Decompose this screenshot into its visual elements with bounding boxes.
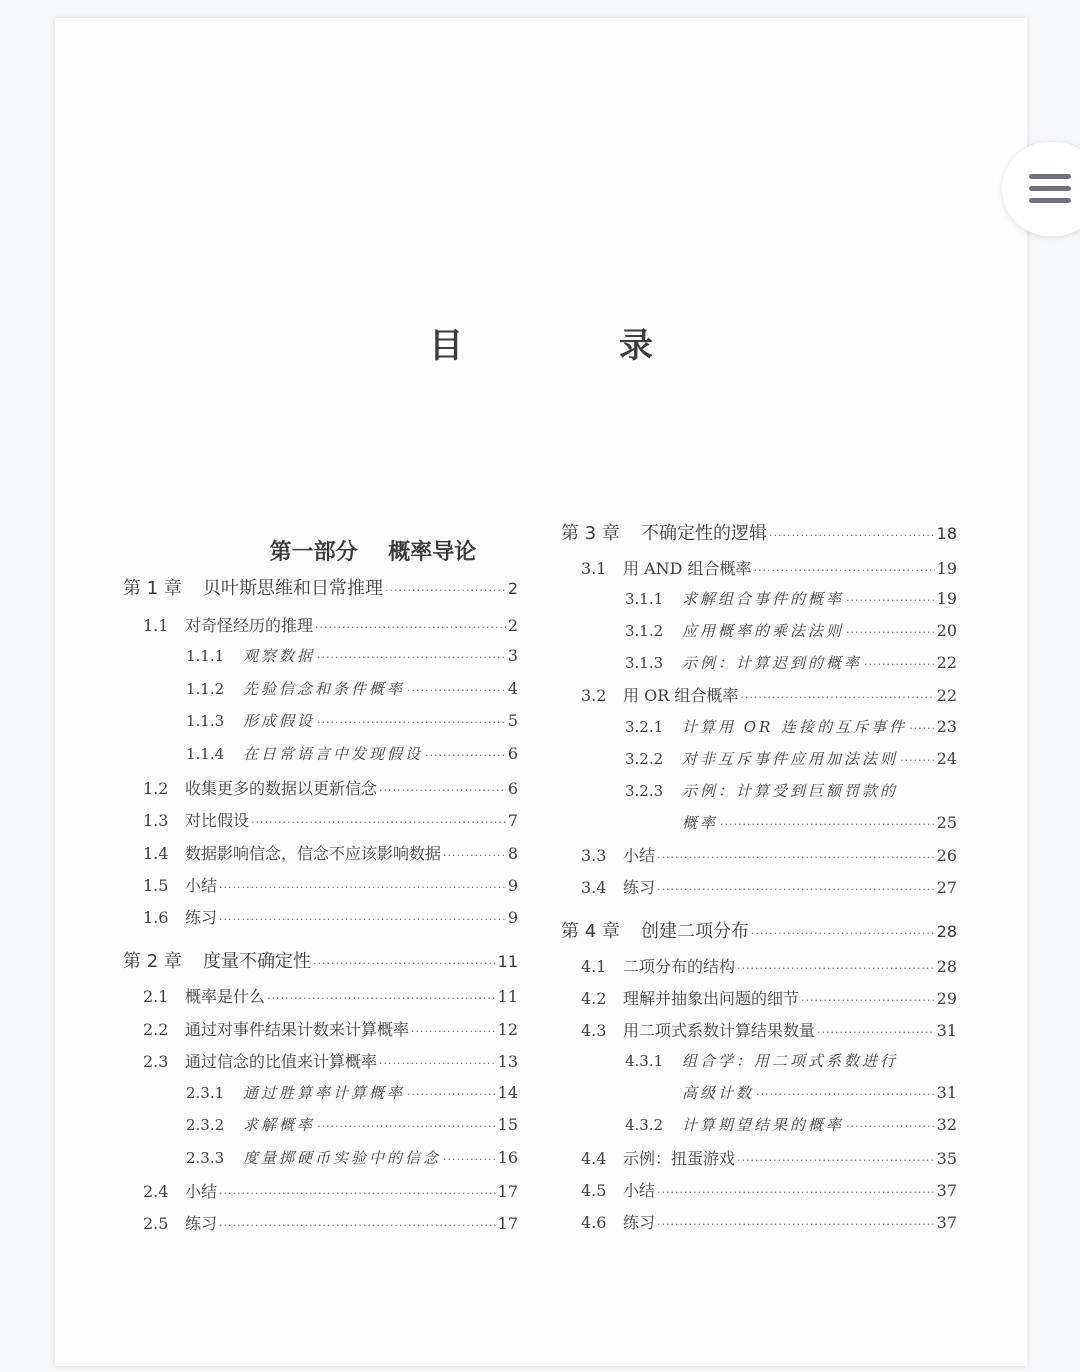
leader-dots bbox=[313, 957, 496, 970]
toc-entry[interactable]: 2.3.3度量掷硬币实验中的信念16 bbox=[186, 1147, 518, 1168]
leader-dots bbox=[737, 962, 935, 975]
toc-entry[interactable]: 1.1.3形成假设5 bbox=[186, 710, 518, 731]
leader-dots bbox=[657, 1218, 935, 1231]
leader-dots bbox=[379, 1057, 496, 1070]
toc-entry-page: 14 bbox=[498, 1083, 518, 1102]
toc-entry-number: 第 1 章 bbox=[123, 574, 203, 600]
toc-entry-title: 二项分布的结构 bbox=[623, 954, 735, 977]
leader-dots bbox=[379, 784, 506, 797]
leader-dots bbox=[317, 1120, 496, 1133]
toc-entry-number: 4.6 bbox=[581, 1213, 623, 1232]
toc-entry-page: 7 bbox=[508, 811, 518, 830]
leader-dots bbox=[657, 883, 935, 896]
toc-entry-number: 3.3 bbox=[581, 846, 623, 865]
toc-entry-number: 2.4 bbox=[143, 1182, 185, 1201]
toc-entry-title: 高级计数 bbox=[682, 1082, 754, 1103]
toc-entry-page: 32 bbox=[937, 1115, 957, 1134]
toc-entry-number: 2.2 bbox=[143, 1020, 185, 1039]
leader-dots bbox=[317, 716, 506, 729]
toc-entry-number: 1.5 bbox=[143, 876, 185, 895]
toc-entry-page: 28 bbox=[937, 922, 957, 941]
toc-entry-page: 31 bbox=[937, 1021, 957, 1040]
toc-entry-page: 37 bbox=[937, 1181, 957, 1200]
toc-entry-title: 形成假设 bbox=[243, 710, 315, 731]
toc-entry-title: 示例：计算受到巨额罚款的 bbox=[682, 780, 898, 801]
toc-entry-title: 观察数据 bbox=[243, 645, 315, 666]
toc-entry-number: 2.3.2 bbox=[186, 1116, 243, 1134]
toc-entry[interactable]: 4.3.1组合学：用二项式系数进行 bbox=[625, 1050, 957, 1071]
toc-entry[interactable]: 第 1 章贝叶斯思维和日常推理2 bbox=[123, 574, 518, 600]
leader-dots bbox=[720, 818, 935, 831]
toc-entry-number: 1.1.3 bbox=[186, 712, 243, 730]
toc-entry[interactable]: 4.6练习37 bbox=[581, 1210, 957, 1233]
toc-entry-title: 练习 bbox=[623, 1210, 655, 1233]
toc-entry[interactable]: 1.1对奇怪经历的推理2 bbox=[143, 613, 518, 636]
leader-dots bbox=[315, 621, 506, 634]
toc-entry-page: 22 bbox=[937, 653, 957, 672]
toc-entry-title: 收集更多的数据以更新信念 bbox=[185, 776, 377, 799]
toc-entry-number: 3.1 bbox=[581, 559, 623, 578]
toc-entry-number: 2.3 bbox=[143, 1052, 185, 1071]
toc-entry-number: 1.3 bbox=[143, 811, 185, 830]
toc-entry[interactable]: 3.2.1计算用 OR 连接的互斥事件23 bbox=[625, 716, 957, 737]
toc-entry-title: 概率 bbox=[682, 812, 718, 833]
toc-entry-number: 1.1.2 bbox=[186, 680, 243, 698]
toc-entry-title: 通过胜算率计算概率 bbox=[243, 1082, 405, 1103]
leader-dots bbox=[219, 913, 506, 926]
toc-entry[interactable]: 4.3用二项式系数计算结果数量31 bbox=[581, 1018, 957, 1041]
toc-entry-title: 度量不确定性 bbox=[203, 947, 311, 973]
toc-entry[interactable]: 4.3.2计算期望结果的概率32 bbox=[625, 1114, 957, 1135]
leader-dots bbox=[411, 1025, 496, 1038]
leader-dots bbox=[846, 1120, 935, 1133]
toc-entry-number: 4.1 bbox=[581, 957, 623, 976]
leader-dots bbox=[657, 1186, 935, 1199]
toc-entry-title: 小结 bbox=[185, 1179, 217, 1202]
toc-entry-title: 用二项式系数计算结果数量 bbox=[623, 1018, 815, 1041]
toc-entry-page: 15 bbox=[498, 1115, 518, 1134]
toc-entry-title: 小结 bbox=[185, 873, 217, 896]
toc-entry[interactable]: 1.1.1观察数据3 bbox=[186, 645, 518, 666]
part-title: 第一部分 概率导论 bbox=[208, 535, 538, 566]
toc-entry-title: 度量掷硬币实验中的信念 bbox=[243, 1147, 441, 1168]
leader-dots bbox=[219, 1187, 496, 1200]
leader-dots bbox=[846, 594, 935, 607]
toc-entry-title: 示例：扭蛋游戏 bbox=[623, 1146, 735, 1169]
leader-dots bbox=[740, 691, 934, 704]
toc-entry[interactable]: 2.4小结17 bbox=[143, 1179, 518, 1202]
toc-entry-number: 第 3 章 bbox=[561, 519, 641, 545]
toc-entry-title: 对非互斥事件应用加法法则 bbox=[682, 748, 898, 769]
leader-dots bbox=[801, 994, 935, 1007]
toc-entry-number: 3.1.2 bbox=[625, 622, 682, 640]
toc-entry[interactable]: 2.3.1通过胜算率计算概率14 bbox=[186, 1082, 518, 1103]
toc-entry-title: 计算期望结果的概率 bbox=[682, 1114, 844, 1135]
toc-entry[interactable]: 3.2用 OR 组合概率22 bbox=[581, 683, 957, 706]
toc-entry-number: 第 4 章 bbox=[561, 917, 641, 943]
toc-entry-page: 18 bbox=[937, 524, 957, 543]
toc-entry-number: 1.2 bbox=[143, 779, 185, 798]
leader-dots bbox=[864, 658, 935, 671]
toc-entry-page: 24 bbox=[937, 749, 957, 768]
leader-dots bbox=[754, 564, 935, 577]
toc-entry-page: 28 bbox=[937, 957, 957, 976]
leader-dots bbox=[756, 1088, 935, 1101]
leader-dots bbox=[251, 816, 506, 829]
leader-dots bbox=[407, 1088, 496, 1101]
toc-entry[interactable]: 3.1.2应用概率的乘法法则20 bbox=[625, 620, 957, 641]
toc-entry[interactable]: 3.1.1求解组合事件的概率19 bbox=[625, 588, 957, 609]
leader-dots bbox=[219, 1219, 496, 1232]
leader-dots bbox=[751, 927, 935, 940]
toc-entry-number: 4.2 bbox=[581, 989, 623, 1008]
toc-entry[interactable]: 4.4示例：扭蛋游戏35 bbox=[581, 1146, 957, 1169]
toc-entry-title: 练习 bbox=[185, 1211, 217, 1234]
leader-dots bbox=[657, 851, 935, 864]
toc-entry-page: 8 bbox=[508, 844, 518, 863]
toc-entry-title: 数据影响信念，信念不应该影响数据 bbox=[185, 841, 441, 864]
toc-entry-page: 22 bbox=[937, 686, 957, 705]
toc-entry-number: 1.1.1 bbox=[186, 647, 243, 665]
toc-entry[interactable]: 3.2.3示例：计算受到巨额罚款的 bbox=[625, 780, 957, 801]
toc-entry-page: 13 bbox=[498, 1052, 518, 1071]
toc-entry-number: 3.4 bbox=[581, 878, 623, 897]
toc-entry-page: 16 bbox=[498, 1148, 518, 1167]
toc-entry[interactable]: 4.5小结37 bbox=[581, 1178, 957, 1201]
toc-entry-page: 31 bbox=[937, 1083, 957, 1102]
leader-dots bbox=[385, 584, 506, 597]
toc-entry-title: 求解概率 bbox=[243, 1114, 315, 1135]
toc-entry-page: 27 bbox=[937, 878, 957, 897]
toc-entry-page: 6 bbox=[508, 744, 518, 763]
toc-entry-title: 用 OR 组合概率 bbox=[623, 683, 738, 706]
toc-entry-page: 19 bbox=[937, 559, 957, 578]
toc-entry-title: 小结 bbox=[623, 843, 655, 866]
toc-entry-number: 3.2.3 bbox=[625, 782, 682, 800]
toc-entry-number: 4.3.1 bbox=[625, 1052, 682, 1070]
toc-entry-page: 9 bbox=[508, 876, 518, 895]
toc-entry[interactable]: 4.2理解并抽象出问题的细节29 bbox=[581, 986, 957, 1009]
toc-entry-page: 11 bbox=[498, 952, 518, 971]
document-page: 目 录 第一部分 概率导论 第 1 章贝叶斯思维和日常推理21.1对奇怪经历的推… bbox=[55, 18, 1027, 1366]
page-title: 目 录 bbox=[55, 318, 1027, 367]
toc-entry-title: 计算用 OR 连接的互斥事件 bbox=[682, 716, 907, 737]
toc-entry[interactable]: 第 3 章不确定性的逻辑18 bbox=[561, 519, 957, 545]
toc-entry-page: 35 bbox=[937, 1149, 957, 1168]
toc-entry-title: 示例：计算迟到的概率 bbox=[682, 652, 862, 673]
toc-entry-number: 2.3.1 bbox=[186, 1084, 243, 1102]
toc-entry-number: 1.1.4 bbox=[186, 745, 243, 763]
toc-entry-number: 2.1 bbox=[143, 987, 185, 1006]
leader-dots bbox=[769, 529, 935, 542]
toc-entry-number: 1.4 bbox=[143, 844, 185, 863]
toc-entry[interactable]: 1.1.4在日常语言中发现假设6 bbox=[186, 743, 518, 764]
toc-entry[interactable]: 2.1概率是什么11 bbox=[143, 984, 518, 1007]
leader-dots bbox=[219, 881, 506, 894]
toc-entry-number: 4.3 bbox=[581, 1021, 623, 1040]
toc-entry-title: 求解组合事件的概率 bbox=[682, 588, 844, 609]
toc-entry-number: 2.3.3 bbox=[186, 1149, 243, 1167]
toc-entry-title: 应用概率的乘法法则 bbox=[682, 620, 844, 641]
leader-dots bbox=[900, 754, 935, 767]
toc-entry[interactable]: 2.2通过对事件结果计数来计算概率12 bbox=[143, 1017, 518, 1040]
toc-entry[interactable]: 第 4 章创建二项分布28 bbox=[561, 917, 957, 943]
toc-entry-title: 理解并抽象出问题的细节 bbox=[623, 986, 799, 1009]
toc-entry-page: 19 bbox=[937, 589, 957, 608]
leader-dots bbox=[443, 1153, 496, 1166]
toc-entry-title: 贝叶斯思维和日常推理 bbox=[203, 574, 383, 600]
toc-entry-page: 2 bbox=[508, 579, 518, 598]
toc-entry[interactable]: 2.3.2求解概率15 bbox=[186, 1114, 518, 1135]
toc-entry[interactable]: 3.1用 AND 组合概率19 bbox=[581, 556, 957, 579]
toc-entry-title: 先验信念和条件概率 bbox=[243, 678, 405, 699]
toc-entry-title: 对奇怪经历的推理 bbox=[185, 613, 313, 636]
toc-entry-title: 对比假设 bbox=[185, 808, 249, 831]
toc-entry-title: 组合学：用二项式系数进行 bbox=[682, 1050, 898, 1071]
toc-entry-page: 9 bbox=[508, 908, 518, 927]
leader-dots bbox=[737, 1154, 935, 1167]
toc-entry-number: 1.1 bbox=[143, 616, 185, 635]
toc-entry[interactable]: 第 2 章度量不确定性11 bbox=[123, 947, 518, 973]
toc-entry-page: 12 bbox=[498, 1020, 518, 1039]
toc-entry-title: 在日常语言中发现假设 bbox=[243, 743, 423, 764]
toc-entry-page: 20 bbox=[937, 621, 957, 640]
toc-entry-page: 2 bbox=[508, 616, 518, 635]
toc-entry-title: 创建二项分布 bbox=[641, 917, 749, 943]
toc-entry[interactable]: 1.4数据影响信念，信念不应该影响数据8 bbox=[143, 841, 518, 864]
toc-entry-page: 26 bbox=[937, 846, 957, 865]
toc-entry-page: 29 bbox=[937, 989, 957, 1008]
toc-entry-title: 用 AND 组合概率 bbox=[623, 556, 752, 579]
toc-entry[interactable]: 4.1二项分布的结构28 bbox=[581, 954, 957, 977]
toc-entry-page: 25 bbox=[937, 813, 957, 832]
toc-entry-title: 通过对事件结果计数来计算概率 bbox=[185, 1017, 409, 1040]
toc-entry-page: 5 bbox=[508, 711, 518, 730]
toc-entry-number: 4.3.2 bbox=[625, 1116, 682, 1134]
toc-entry[interactable]: 1.2收集更多的数据以更新信念6 bbox=[143, 776, 518, 799]
toc-entry-number: 4.4 bbox=[581, 1149, 623, 1168]
leader-dots bbox=[317, 651, 506, 664]
toc-entry-number: 3.1.3 bbox=[625, 654, 682, 672]
toc-entry-title: 练习 bbox=[185, 905, 217, 928]
toc-entry-number: 4.5 bbox=[581, 1181, 623, 1200]
toc-entry[interactable]: 1.5小结9 bbox=[143, 873, 518, 896]
toc-entry[interactable]: 3.3小结26 bbox=[581, 843, 957, 866]
leader-dots bbox=[909, 722, 935, 735]
toc-entry[interactable]: 2.3通过信念的比值来计算概率13 bbox=[143, 1049, 518, 1072]
toc-entry-page: 17 bbox=[498, 1214, 518, 1233]
toc-entry-page: 4 bbox=[508, 679, 518, 698]
leader-dots bbox=[407, 684, 506, 697]
leader-dots bbox=[817, 1026, 935, 1039]
toc-entry-number: 2.5 bbox=[143, 1214, 185, 1233]
toc-entry-number: 3.2.2 bbox=[625, 750, 682, 768]
toc-entry-page: 37 bbox=[937, 1213, 957, 1232]
toc-entry-page: 23 bbox=[937, 717, 957, 736]
toc-entry-title: 小结 bbox=[623, 1178, 655, 1201]
toc-entry-page: 17 bbox=[498, 1182, 518, 1201]
leader-dots bbox=[443, 849, 506, 862]
toc-entry[interactable]: 3.2.2对非互斥事件应用加法法则24 bbox=[625, 748, 957, 769]
toc-entry[interactable]: 3.4练习27 bbox=[581, 875, 957, 898]
toc-entry-title: 不确定性的逻辑 bbox=[641, 519, 767, 545]
toc-entry[interactable]: 高级计数31 bbox=[682, 1082, 957, 1103]
toc-entry[interactable]: 1.6练习9 bbox=[143, 905, 518, 928]
toc-entry-number: 3.1.1 bbox=[625, 590, 682, 608]
leader-dots bbox=[425, 749, 506, 762]
toc-entry-page: 6 bbox=[508, 779, 518, 798]
toc-entry[interactable]: 概率25 bbox=[682, 812, 957, 833]
toc-entry[interactable]: 3.1.3示例：计算迟到的概率22 bbox=[625, 652, 957, 673]
toc-entry-number: 3.2 bbox=[581, 686, 623, 705]
toc-entry[interactable]: 2.5练习17 bbox=[143, 1211, 518, 1234]
leader-dots bbox=[846, 626, 935, 639]
toc-entry[interactable]: 1.3对比假设7 bbox=[143, 808, 518, 831]
toc-entry-number: 1.6 bbox=[143, 908, 185, 927]
toc-entry-title: 通过信念的比值来计算概率 bbox=[185, 1049, 377, 1072]
leader-dots bbox=[267, 992, 496, 1005]
toc-entry-number: 3.2.1 bbox=[625, 718, 682, 736]
toc-entry-page: 3 bbox=[508, 646, 518, 665]
toc-entry-page: 11 bbox=[498, 987, 518, 1006]
toc-entry[interactable]: 1.1.2先验信念和条件概率4 bbox=[186, 678, 518, 699]
toc-entry-title: 概率是什么 bbox=[185, 984, 265, 1007]
toc-entry-title: 练习 bbox=[623, 875, 655, 898]
toc-entry-number: 第 2 章 bbox=[123, 947, 203, 973]
